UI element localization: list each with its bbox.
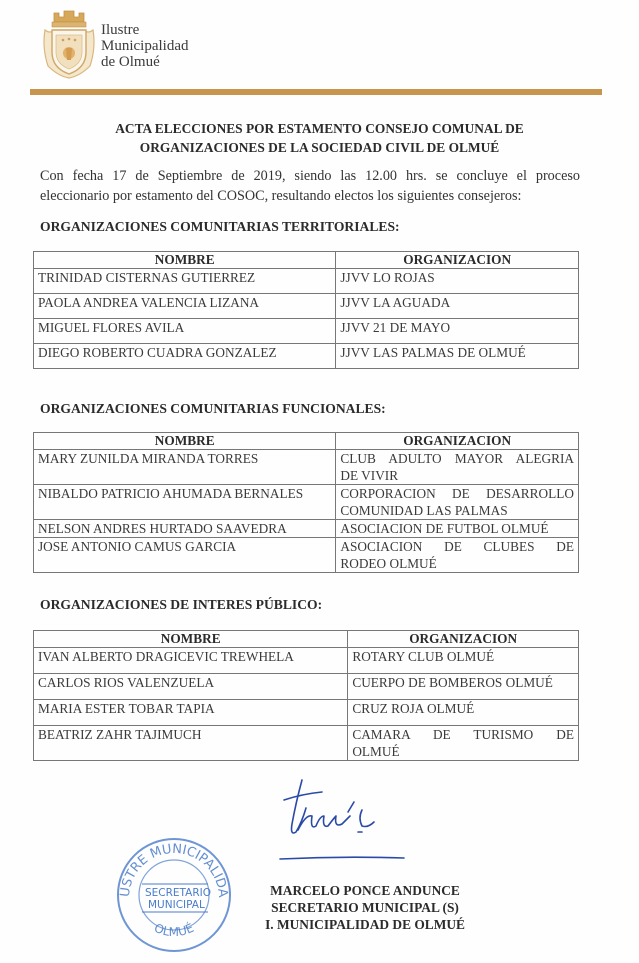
coat-of-arms-icon: [40, 8, 98, 80]
signer-title: SECRETARIO MUNICIPAL (S): [200, 899, 530, 916]
table-row: NIBALDO PATRICIO AHUMADA BERNALESCORPORA…: [34, 485, 579, 520]
organizacion-line: CUERPO DE BOMBEROS OLMUÉ: [352, 674, 574, 691]
organizacion-line: COMUNIDAD LAS PALMAS: [340, 502, 574, 519]
cell-organizacion: JJVV 21 DE MAYO: [336, 319, 579, 344]
organizacion-line: CORPORACION DE DESARROLLO: [340, 485, 574, 502]
table-interes-publico: NOMBRE ORGANIZACION IVAN ALBERTO DRAGICE…: [33, 630, 579, 761]
handwritten-signature-icon: [262, 772, 422, 867]
cell-nombre: IVAN ALBERTO DRAGICEVIC TREWHELA: [34, 648, 348, 674]
municipality-brand: Ilustre Municipalidad de Olmué: [101, 22, 188, 70]
table-row: DIEGO ROBERTO CUADRA GONZALEZJJVV LAS PA…: [34, 344, 579, 369]
cell-nombre: DIEGO ROBERTO CUADRA GONZALEZ: [34, 344, 336, 369]
cell-organizacion: CORPORACION DE DESARROLLOCOMUNIDAD LAS P…: [336, 485, 579, 520]
organizacion-line: CLUB ADULTO MAYOR ALEGRIA: [340, 450, 574, 467]
table-territoriales: NOMBRE ORGANIZACION TRINIDAD CISTERNAS G…: [33, 251, 579, 369]
section-heading-territoriales: ORGANIZACIONES COMUNITARIAS TERRITORIALE…: [40, 219, 400, 235]
brand-line: Ilustre: [101, 22, 188, 38]
cell-nombre: JOSE ANTONIO CAMUS GARCIA: [34, 538, 336, 573]
svg-text:MUNICIPAL: MUNICIPAL: [148, 899, 205, 911]
table-row: IVAN ALBERTO DRAGICEVIC TREWHELAROTARY C…: [34, 648, 579, 674]
organizacion-line: DE VIVIR: [340, 467, 574, 484]
organizacion-line: CAMARA DE TURISMO DE: [352, 726, 574, 743]
cell-organizacion: CAMARA DE TURISMO DEOLMUÉ: [348, 726, 579, 761]
signer-name: MARCELO PONCE ANDUNCE: [200, 882, 530, 899]
table-header-row: NOMBRE ORGANIZACION: [34, 631, 579, 648]
organizacion-line: ASOCIACION DE CLUBES DE: [340, 538, 574, 555]
organizacion-line: CRUZ ROJA OLMUÉ: [352, 700, 574, 717]
table-header-row: NOMBRE ORGANIZACION: [34, 433, 579, 450]
section-heading-funcionales: ORGANIZACIONES COMUNITARIAS FUNCIONALES:: [40, 401, 386, 417]
table-row: NELSON ANDRES HURTADO SAAVEDRAASOCIACION…: [34, 520, 579, 538]
table-row: PAOLA ANDREA VALENCIA LIZANAJJVV LA AGUA…: [34, 294, 579, 319]
cell-nombre: NIBALDO PATRICIO AHUMADA BERNALES: [34, 485, 336, 520]
table-row: MARIA ESTER TOBAR TAPIACRUZ ROJA OLMUÉ: [34, 700, 579, 726]
table-header-row: NOMBRE ORGANIZACION: [34, 252, 579, 269]
column-header-organizacion: ORGANIZACION: [336, 433, 579, 450]
title-line: ORGANIZACIONES DE LA SOCIEDAD CIVIL DE O…: [0, 138, 639, 157]
cell-nombre: NELSON ANDRES HURTADO SAAVEDRA: [34, 520, 336, 538]
organizacion-line: ASOCIACION DE FUTBOL OLMUÉ: [340, 520, 574, 537]
svg-text:OLMUÉ: OLMUÉ: [152, 920, 196, 939]
section-heading-interes-publico: ORGANIZACIONES DE INTERES PÚBLICO:: [40, 597, 322, 613]
signer-institution: I. MUNICIPALIDAD DE OLMUÉ: [200, 916, 530, 933]
table-funcionales: NOMBRE ORGANIZACION MARY ZUNILDA MIRANDA…: [33, 432, 579, 573]
cell-nombre: BEATRIZ ZAHR TAJIMUCH: [34, 726, 348, 761]
column-header-nombre: NOMBRE: [34, 252, 336, 269]
intro-line: eleccionario por estamento del COSOC, re…: [40, 188, 521, 204]
cell-organizacion: ASOCIACION DE CLUBES DERODEO OLMUÉ: [336, 538, 579, 573]
cell-nombre: MARIA ESTER TOBAR TAPIA: [34, 700, 348, 726]
title-line: ACTA ELECCIONES POR ESTAMENTO CONSEJO CO…: [0, 119, 639, 138]
organizacion-line: JJVV LO ROJAS: [340, 269, 574, 286]
table-row: MARY ZUNILDA MIRANDA TORRESCLUB ADULTO M…: [34, 450, 579, 485]
column-header-nombre: NOMBRE: [34, 433, 336, 450]
intro-paragraph: Con fecha 17 de Septiembre de 2019, sien…: [40, 166, 580, 206]
cell-organizacion: CUERPO DE BOMBEROS OLMUÉ: [348, 674, 579, 700]
column-header-nombre: NOMBRE: [34, 631, 348, 648]
brand-line: de Olmué: [101, 54, 188, 70]
document-title: ACTA ELECCIONES POR ESTAMENTO CONSEJO CO…: [0, 119, 639, 157]
header-divider: [30, 89, 602, 95]
cell-organizacion: CRUZ ROJA OLMUÉ: [348, 700, 579, 726]
table-row: MIGUEL FLORES AVILAJJVV 21 DE MAYO: [34, 319, 579, 344]
cell-organizacion: ASOCIACION DE FUTBOL OLMUÉ: [336, 520, 579, 538]
cell-nombre: CARLOS RIOS VALENZUELA: [34, 674, 348, 700]
column-header-organizacion: ORGANIZACION: [348, 631, 579, 648]
cell-nombre: MIGUEL FLORES AVILA: [34, 319, 336, 344]
organizacion-line: OLMUÉ: [352, 743, 574, 760]
cell-nombre: PAOLA ANDREA VALENCIA LIZANA: [34, 294, 336, 319]
table-row: CARLOS RIOS VALENZUELACUERPO DE BOMBEROS…: [34, 674, 579, 700]
intro-line: Con fecha 17 de Septiembre de 2019, sien…: [40, 166, 580, 186]
cell-nombre: TRINIDAD CISTERNAS GUTIERREZ: [34, 269, 336, 294]
column-header-organizacion: ORGANIZACION: [336, 252, 579, 269]
cell-organizacion: JJVV LAS PALMAS DE OLMUÉ: [336, 344, 579, 369]
organizacion-line: RODEO OLMUÉ: [340, 555, 574, 572]
table-row: BEATRIZ ZAHR TAJIMUCHCAMARA DE TURISMO D…: [34, 726, 579, 761]
table-row: JOSE ANTONIO CAMUS GARCIAASOCIACION DE C…: [34, 538, 579, 573]
cell-organizacion: JJVV LO ROJAS: [336, 269, 579, 294]
organizacion-line: JJVV 21 DE MAYO: [340, 319, 574, 336]
cell-organizacion: JJVV LA AGUADA: [336, 294, 579, 319]
organizacion-line: JJVV LA AGUADA: [340, 294, 574, 311]
organizacion-line: ROTARY CLUB OLMUÉ: [352, 648, 574, 665]
signer-block: MARCELO PONCE ANDUNCE SECRETARIO MUNICIP…: [200, 882, 530, 933]
cell-organizacion: ROTARY CLUB OLMUÉ: [348, 648, 579, 674]
cell-organizacion: CLUB ADULTO MAYOR ALEGRIADE VIVIR: [336, 450, 579, 485]
table-row: TRINIDAD CISTERNAS GUTIERREZJJVV LO ROJA…: [34, 269, 579, 294]
organizacion-line: JJVV LAS PALMAS DE OLMUÉ: [340, 344, 574, 361]
brand-line: Municipalidad: [101, 38, 188, 54]
cell-nombre: MARY ZUNILDA MIRANDA TORRES: [34, 450, 336, 485]
